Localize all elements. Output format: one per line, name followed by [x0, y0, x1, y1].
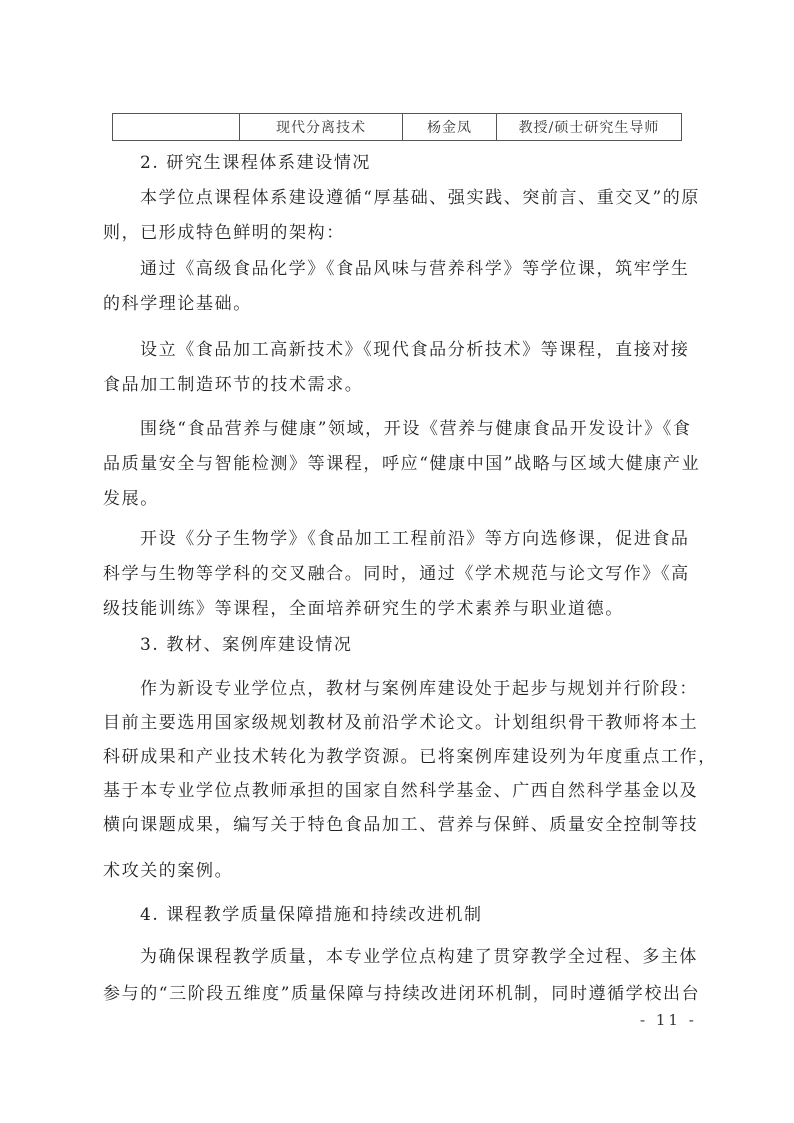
- paragraph-line: 级技能训练》等课程，全面培养研究生的学术素养与职业道德。: [103, 598, 703, 620]
- paragraph-line: 则，已形成特色鲜明的架构：: [103, 222, 703, 244]
- paragraph-line: 的科学理论基础。: [103, 293, 703, 315]
- section-heading: 3. 教材、案例库建设情况: [140, 634, 740, 656]
- paragraph-line: 基于本专业学位点教师承担的国家自然科学基金、广西自然科学基金以及: [103, 780, 703, 802]
- table-cell-empty: [113, 114, 240, 141]
- document-page: 现代分离技术 杨金凤 教授/硕士研究生导师 2. 研究生课程体系建设情况 本学位…: [0, 0, 794, 1123]
- paragraph-line: 参与的“三阶段五维度”质量保障与持续改进闭环机制，同时遵循学校出台: [103, 983, 703, 1005]
- paragraph-line: 发展。: [103, 488, 703, 510]
- paragraph-line: 开设《分子生物学》《食品加工工程前沿》等方向选修课，促进食品: [140, 528, 740, 550]
- section-heading: 4. 课程教学质量保障措施和持续改进机制: [140, 904, 740, 926]
- table-row: 现代分离技术 杨金凤 教授/硕士研究生导师: [113, 114, 682, 141]
- paragraph-line: 术攻关的案例。: [103, 860, 703, 882]
- table-cell-title: 教授/硕士研究生导师: [497, 114, 682, 141]
- paragraph-line: 科学与生物等学科的交叉融合。同时，通过《学术规范与论文写作》《高: [103, 563, 703, 585]
- paragraph-line: 品质量安全与智能检测》等课程，呼应“健康中国”战略与区域大健康产业: [103, 453, 703, 475]
- page-number: - 11 -: [640, 1011, 697, 1029]
- table-cell-teacher: 杨金凤: [403, 114, 497, 141]
- faculty-table: 现代分离技术 杨金凤 教授/硕士研究生导师: [112, 113, 682, 141]
- section-heading: 2. 研究生课程体系建设情况: [140, 152, 740, 174]
- paragraph-line: 科研成果和产业技术转化为教学资源。已将案例库建设列为年度重点工作，: [103, 746, 703, 768]
- paragraph-line: 为确保课程教学质量，本专业学位点构建了贯穿教学全过程、多主体: [140, 946, 740, 968]
- paragraph-line: 目前主要选用国家级规划教材及前沿学术论文。计划组织骨干教师将本土: [103, 712, 703, 734]
- paragraph-line: 食品加工制造环节的技术需求。: [103, 374, 703, 396]
- paragraph-line: 本学位点课程体系建设遵循“厚基础、强实践、突前言、重交叉”的原: [140, 187, 740, 209]
- paragraph-line: 横向课题成果，编写关于特色食品加工、营养与保鲜、质量安全控制等技: [103, 814, 703, 836]
- table-cell-course: 现代分离技术: [240, 114, 403, 141]
- paragraph-line: 作为新设专业学位点，教材与案例库建设处于起步与规划并行阶段：: [140, 678, 740, 700]
- paragraph-line: 设立《食品加工高新技术》《现代食品分析技术》等课程，直接对接: [140, 339, 740, 361]
- paragraph-line: 通过《高级食品化学》《食品风味与营养科学》等学位课，筑牢学生: [140, 258, 740, 280]
- paragraph-line: 围绕“食品营养与健康”领域，开设《营养与健康食品开发设计》《食: [140, 418, 740, 440]
